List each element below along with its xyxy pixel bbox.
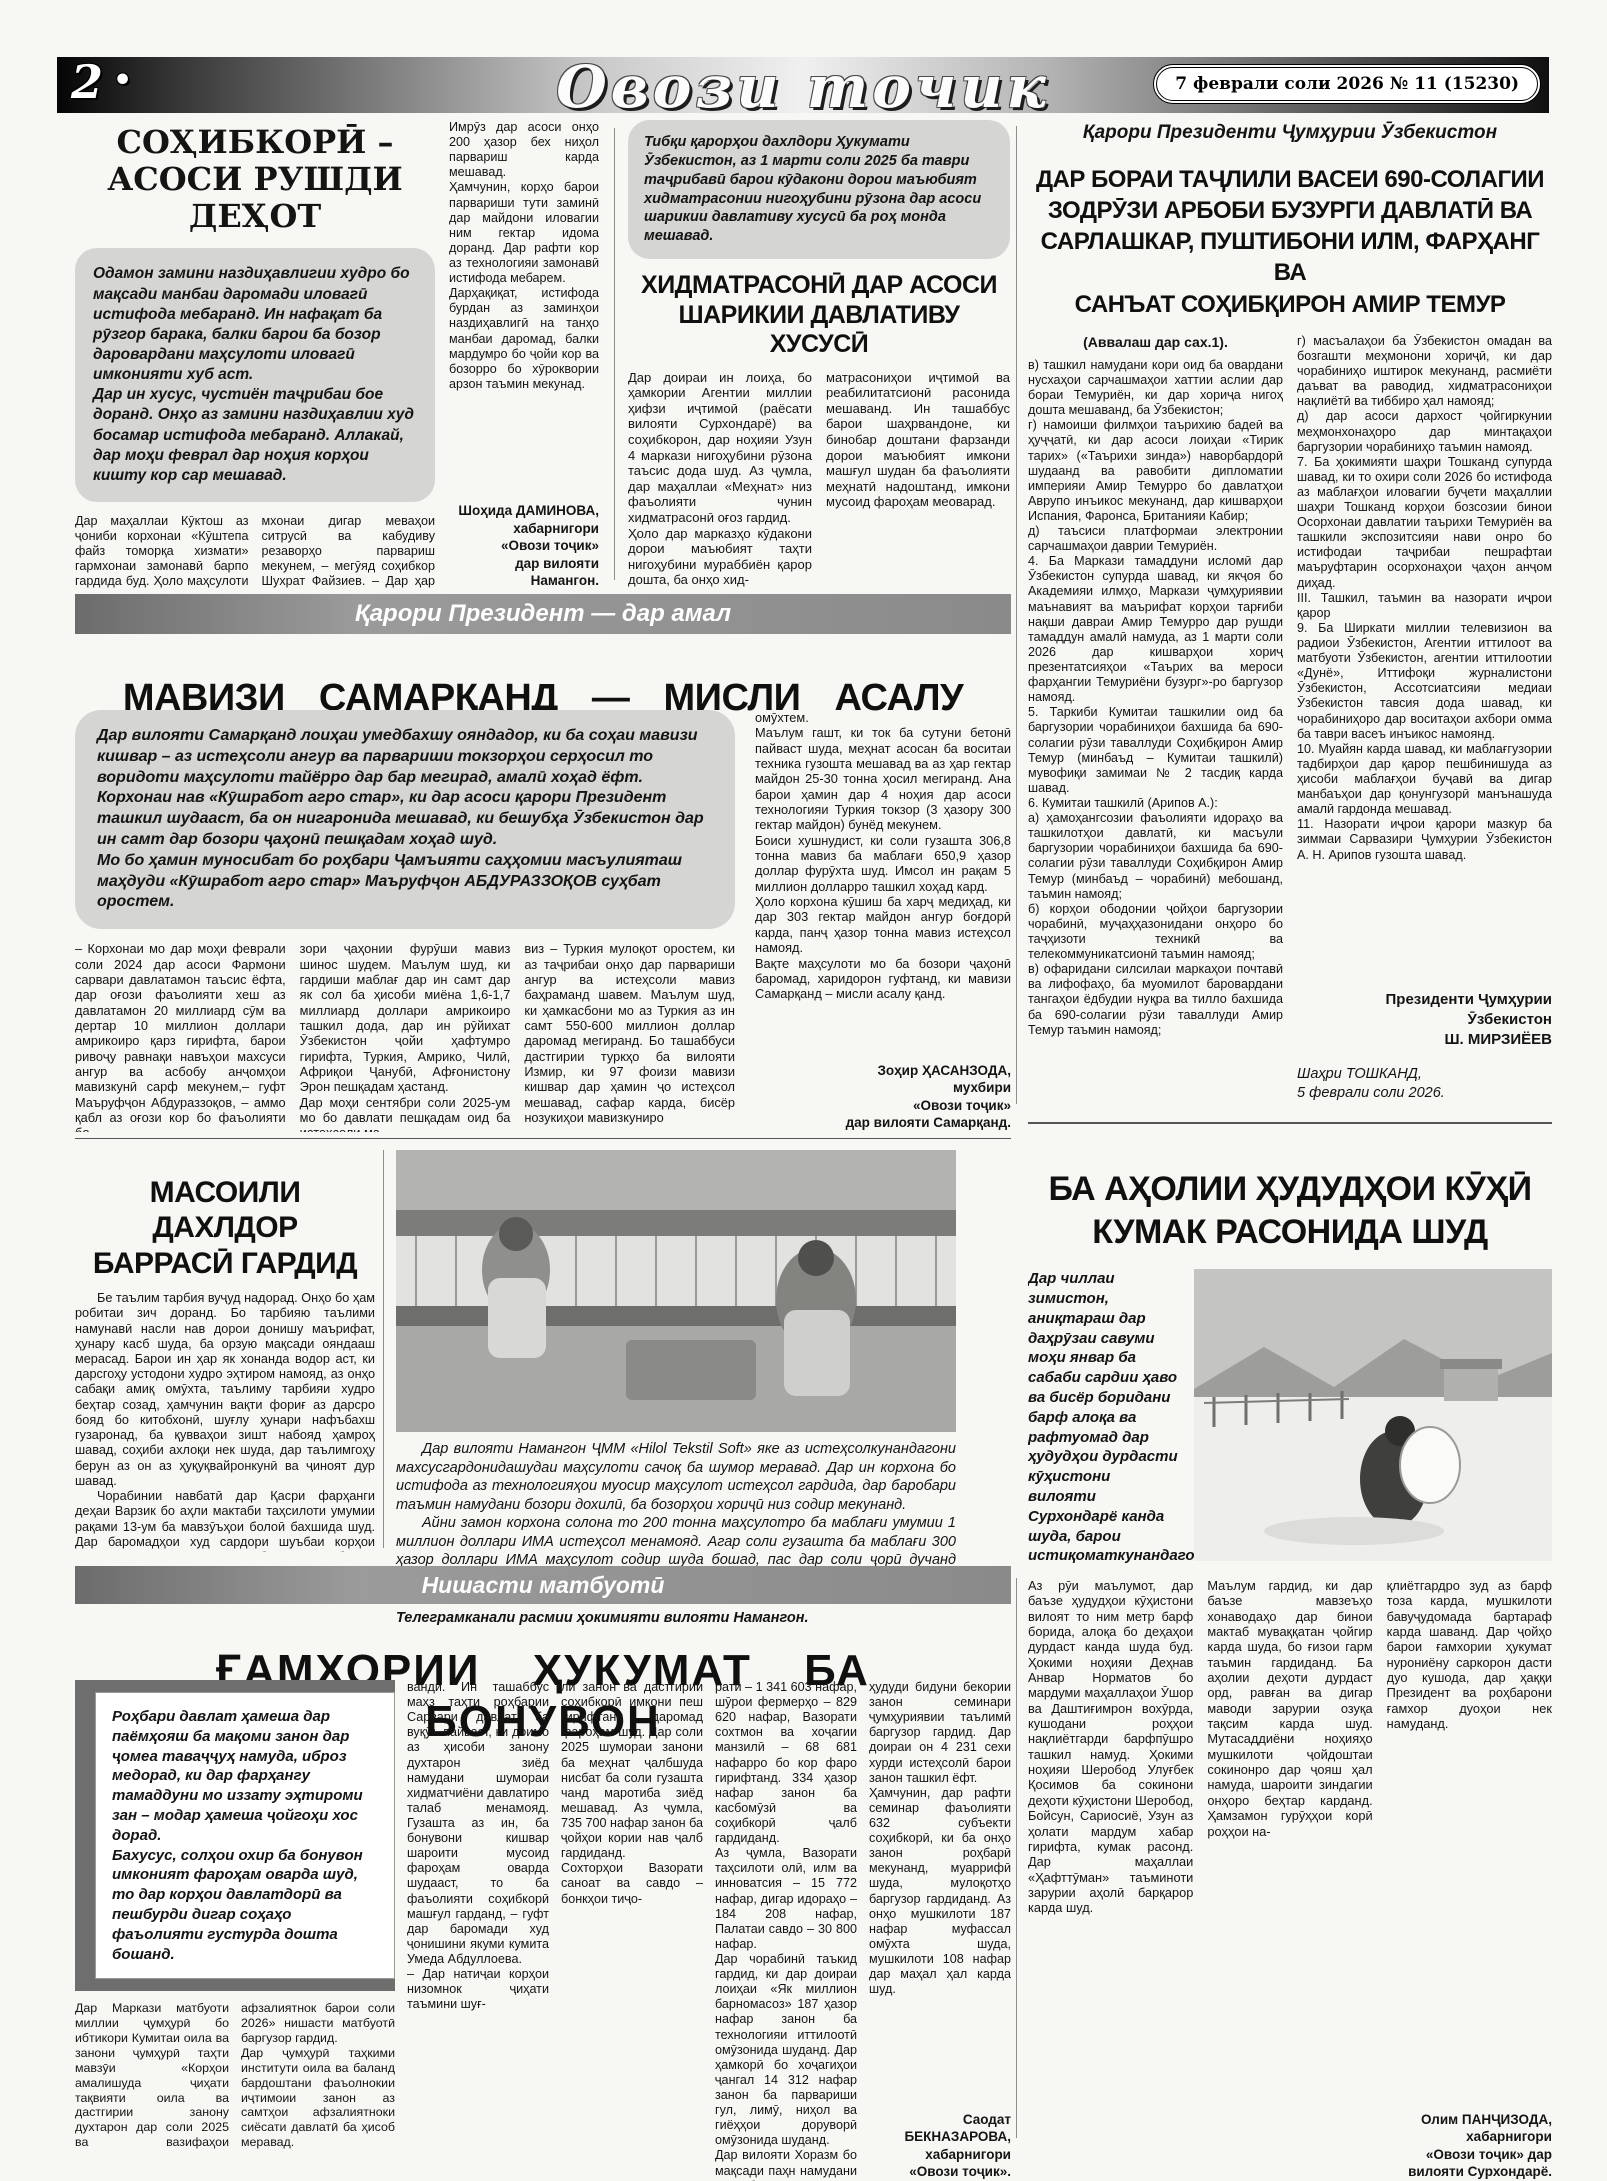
body-column: ратӣ – 1 341 603 нафар, шӯрои фермерҳо –… <box>715 1680 857 2181</box>
section-banner-qarori-president: Қарори Президент — дар амал <box>75 594 1011 634</box>
masthead-bar: 2• Овози точик 7 феврали соли 2026 № 11 … <box>57 57 1549 113</box>
newspaper-page: 2• Овози точик 7 феврали соли 2026 № 11 … <box>0 0 1607 2181</box>
body-column: Бе таълим тарбия вуҷуд надорад. Онҳо бо … <box>75 1291 375 1552</box>
issue-date-box: 7 феврали соли 2026 № 11 (15230) <box>1153 64 1541 104</box>
paragraph: Чорабинии навбатӣ дар Қасри фарҳанги деҳ… <box>75 1489 375 1552</box>
lead-khidmatrasoni: Тибқи қарорҳои дахлдори Ҳукумати Ӯзбекис… <box>628 120 1010 259</box>
body-column: омӯхтем. Маълум гашт, ки ток ба сутуни б… <box>755 710 1011 1132</box>
body-column: ҳудуди бидуни бекории занон семинари ҷум… <box>869 1680 1011 2181</box>
section-banner-nishasti-matbuoti: Нишасти матбуотӣ <box>75 1566 1011 1604</box>
article-masoil: МАСОИЛИ ДАХЛДОР БАРРАСӢ ГАРДИД Бе таълим… <box>75 1150 375 1552</box>
body-column: г) масъалаҳои ба Ӯзбекистон омадан ва бо… <box>1297 334 1552 1104</box>
article-maviz-main: Дар вилояти Самарқанд лоиҳаи умедбахшу о… <box>75 710 735 1132</box>
byline-daminova: Шоҳида ДАМИНОВА, хабарнигори «Овози тоҷи… <box>449 502 599 590</box>
headline-masoil: МАСОИЛИ ДАХЛДОР БАРРАСӢ ГАРДИД <box>75 1175 375 1281</box>
body-text: ҳудуди бидуни бекории занон семинари ҷум… <box>869 1680 1011 2111</box>
lead-bonuvon-frame: Роҳбари давлат ҳамеша дар паёмҳояш ба ма… <box>75 1680 395 1991</box>
headline-khidmatrasoni: ХИДМАТРАСОНӢ ДАР АСОСИ ШАРИКИИ ДАВЛАТИВУ… <box>628 271 1010 360</box>
continued-note: (Аввалаш дар сах.1). <box>1028 334 1283 350</box>
body-column: ли занон ва дастгирии соҳибкорӣ имкони п… <box>561 1680 703 2181</box>
section-divider <box>75 1138 1011 1139</box>
section-divider <box>1028 1122 1552 1124</box>
paragraph: Бе таълим тарбия вуҷуд надорад. Онҳо бо … <box>75 1291 375 1489</box>
article-khidmatrasoni: Тибқи қарорҳои дахлдори Ҳукумати Ӯзбекис… <box>628 120 1010 590</box>
byline-panjizoda: Олим ПАНҶИЗОДА, хабарнигори «Овози тоҷик… <box>1387 2111 1552 2181</box>
signature-place-date: Шаҳри ТОШКАНД, 5 феврали соли 2026. <box>1297 1065 1552 1104</box>
caption-credit: Телеграмканали расмии ҳокимияти вилояти … <box>396 1609 956 1628</box>
byline-beknazarova: Саодат БЕКНАЗАРОВА, хабарнигори «Овози т… <box>869 2111 1011 2181</box>
byline-hasanzoda: Зоҳир ҲАСАНЗОДА, мухбири «Овози тоҷик» д… <box>755 1062 1011 1132</box>
article-decree: Қарори Президенти Ҷумҳурии Ӯзбекистон ДА… <box>1028 120 1552 1110</box>
article-sohibkori: СОҲИБКОРӢ – АСОСИ РУШДИ ДЕҲОТ Одамон зам… <box>75 120 600 590</box>
body-column: Имрӯз дар асоси онҳо 200 ҳазор бех ниҳол… <box>449 120 599 590</box>
article-maviz: Дар вилояти Самарқанд лоиҳаи умедбахшу о… <box>75 710 1011 1132</box>
body-column: матрасониҳои иҷтимоӣ ва реабилитатсионӣ … <box>826 370 1010 590</box>
body-text: в) ташкил намудани кори оид ба овардани … <box>1028 358 1283 1038</box>
article-bonuvon: Роҳбари давлат ҳамеша дар паёмҳояш ба ма… <box>75 1680 1011 2181</box>
body-column: зори ҷаҳонии фурӯши мавиз шинос шудем. М… <box>300 941 511 1132</box>
body-column: қлиётгардро зуд аз барф тоза карда, мушк… <box>1387 1578 1552 2181</box>
article-mountain-aid-continued: Аз рӯи маълумот, дар баъзе ҳудудҳои кӯҳи… <box>1028 1578 1552 2181</box>
body-column: Дар маҳаллаи Кӯктош аз ҷониби корхонаи «… <box>75 514 249 590</box>
body-column: – Корхонаи мо дар моҳи феврали соли 2024… <box>75 941 286 1132</box>
headline-sohibkori: СОҲИБКОРӢ – АСОСИ РУШДИ ДЕҲОТ <box>75 124 435 234</box>
body-text: матрасониҳои иҷтимоӣ ва реабилитатсионӣ … <box>826 370 1010 590</box>
body-text: г) масъалаҳои ба Ӯзбекистон омадан ва бо… <box>1297 334 1552 976</box>
column-rule <box>1016 1578 1017 2138</box>
lead-sohibkori: Одамон замини наздиҳавлигии худро бо мақ… <box>75 248 435 502</box>
banner-label: Нишасти матбуотӣ <box>422 1572 665 1599</box>
caption-paragraph: Дар вилояти Намангон ҶММ «Hilol Tekstil … <box>396 1440 956 1514</box>
headline-decree: ДАР БОРАИ ТАҶЛИЛИ ВАСЕИ 690-СОЛАГИИ ЗОДР… <box>1028 164 1552 320</box>
body-text: омӯхтем. Маълум гашт, ки ток ба сутуни б… <box>755 710 1011 1062</box>
snow-village-photo <box>1194 1269 1552 1561</box>
column-rule <box>1016 126 1017 1104</box>
body-column: мхонаи дигар меваҳои ситрусӣ ва кабудиву… <box>262 514 436 590</box>
body-column: (Аввалаш дар сах.1). в) ташкил намудани … <box>1028 334 1283 1104</box>
bonuvon-lead-column: Роҳбари давлат ҳамеша дар паёмҳояш ба ма… <box>75 1680 395 2181</box>
column-rule <box>614 128 615 580</box>
body-column: Аз рӯи маълумот, дар баъзе ҳудудҳои кӯҳи… <box>1028 1578 1193 2181</box>
article-sohibkori-main: СОҲИБКОРӢ – АСОСИ РУШДИ ДЕҲОТ Одамон зам… <box>75 120 435 590</box>
banner-label: Қарори Президент — дар амал <box>355 600 731 628</box>
body-text: қлиётгардро зуд аз барф тоза карда, мушк… <box>1387 1578 1552 2111</box>
headline-mountain-aid: БА АҲОЛИИ ҲУДУДҲОИ КӮҲӢ КУМАК РАСОНИДА Ш… <box>1028 1168 1552 1253</box>
kicker-decree: Қарори Президенти Ҷумҳурии Ӯзбекистон <box>1028 122 1552 144</box>
body-column: Маълум гардид, ки дар баъзе мавзеъҳо хон… <box>1207 1578 1372 2181</box>
signature-president: Президенти Ҷумҳурии Ӯзбекистон Ш. МИРЗИЁ… <box>1297 990 1552 1051</box>
body-column: виз – Туркия мулоқот оростем, ки аз таҷр… <box>524 941 735 1132</box>
article-mountain-aid: БА АҲОЛИИ ҲУДУДҲОИ КӮҲӢ КУМАК РАСОНИДА Ш… <box>1028 1140 1552 1564</box>
column-rule <box>383 1150 384 1548</box>
textile-factory-photo <box>396 1150 956 1432</box>
body-column: вандӣ. Ин ташаббус маҳз таҳти роҳбарии С… <box>407 1680 549 2181</box>
lead-mountain-aid: Дар чиллаи зимистон, аниқтараш дар даҳрӯ… <box>1028 1269 1178 1564</box>
lead-maviz: Дар вилояти Самарқанд лоиҳаи умедбахшу о… <box>75 710 735 929</box>
body-text: Имрӯз дар асоси онҳо 200 ҳазор бех ниҳол… <box>449 120 599 502</box>
textile-factory-photo-art <box>396 1150 956 1432</box>
body-column: Дар Маркази матбуоти миллии ҷумҳурӣ бо и… <box>75 2001 395 2171</box>
body-column: Дар доираи ин лоиҳа, бо ҳамкории Агентии… <box>628 370 812 590</box>
snow-village-photo-art <box>1194 1269 1552 1561</box>
lead-bonuvon: Роҳбари давлат ҳамеша дар паёмҳояш ба ма… <box>95 1692 395 1979</box>
